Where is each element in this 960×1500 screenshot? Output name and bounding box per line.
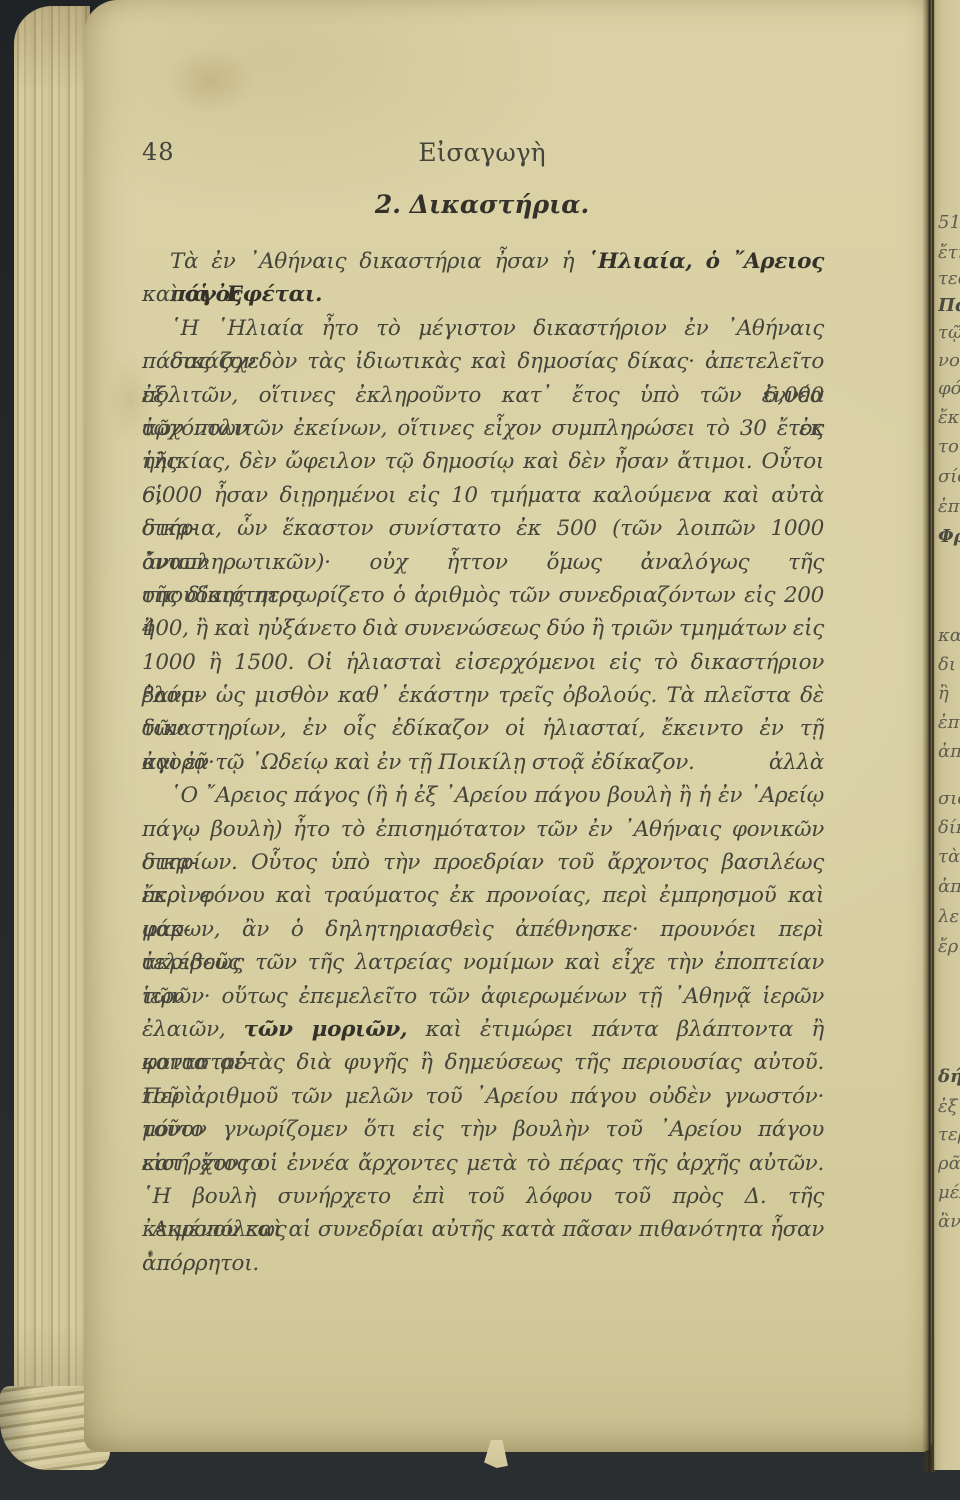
body-line: ῾Ο ῎Αρειος πάγος (ἢ ἡ ἐξ ᾿Αρείου πάγου β… [142, 779, 824, 812]
next-page-text-fragment: ἀπ [938, 741, 960, 763]
body-line: τῶν πολιτῶν ἐκείνων, οἵτινες εἶχον συμπλ… [142, 412, 824, 445]
book-page-edges-left [14, 6, 90, 1468]
bold-term: ῾Ηλιαία, [587, 249, 692, 274]
body-line: μόνον γνωρίζομεν ὅτι εἰς τὴν βουλὴν τοῦ … [142, 1113, 824, 1146]
text-run: 400, ἢ καὶ ηὐξάνετο διὰ συνενώσεως δύο ἢ… [142, 616, 824, 641]
next-page-text-fragment: σια [938, 788, 960, 810]
body-line: φοντα αὐτὰς διὰ φυγῆς ἢ δημεύσεως τῆς πε… [142, 1046, 824, 1079]
text-run: Τὰ ἐν ᾿Αθήναις δικαστήρια ἦσαν ἡ [170, 249, 587, 274]
body-line: πάσας σχεδὸν τὰς ἰδιωτικὰς καὶ δημοσίας … [142, 345, 824, 378]
next-page-text-fragment: ἐξ [938, 1096, 960, 1118]
next-page-text-fragment: τῷ [938, 322, 960, 344]
body-line: δικαστηρίων, ἐν οἷς ἐδίκαζον οἱ ἡλιασταί… [142, 712, 824, 745]
body-line: κειμένου καὶ αἱ συνεδρίαι αὐτῆς κατὰ πᾶσ… [142, 1213, 824, 1246]
next-page-text-fragment: ἢ [938, 683, 960, 705]
next-page-text-fragment: δίκ [938, 817, 960, 839]
body-line: στήρια, ὧν ἕκαστον συνίστατο ἐκ 500 (τῶν… [142, 512, 824, 545]
next-page-text-fragment: ρᾶ [938, 1153, 960, 1175]
body-line: καὶ οἱ ᾿Εφέται. [142, 278, 824, 311]
body-line: τοῦ ἀριθμοῦ τῶν μελῶν τοῦ ᾿Αρείου πάγου … [142, 1080, 824, 1113]
body-line: τελέσεως τῶν τῆς λατρείας νομίμων καὶ εἶ… [142, 946, 824, 979]
next-page-text-fragment: ἔκε [938, 407, 960, 429]
body-line: πάγῳ βουλὴ) ἦτο τὸ ἐπισημότατον τῶν ἐν ᾿… [142, 813, 824, 846]
next-page-text-fragment: κα [938, 625, 960, 647]
body-line: ἐλαιῶν, τῶν μοριῶν, καὶ ἐτιμώρει πάντα β… [142, 1013, 824, 1046]
next-page-text-fragment: τερ [938, 1124, 960, 1146]
text-run: ῾Ο ῎Αρειος πάγος (ἢ ἡ ἐξ ᾿Αρείου πάγου β… [170, 783, 824, 808]
next-page-text-fragment: μέλ [938, 1182, 960, 1204]
next-page-text-fragment: δήμ [938, 1066, 960, 1088]
next-page-text-fragment: τοῦ [938, 436, 960, 458]
scanned-book-photo: { "page": { "number": "48", "running_hea… [0, 0, 960, 1500]
next-page-text-fragment: φό [938, 378, 960, 400]
next-page-text-fragment: Φρ [938, 526, 960, 548]
body-line: ἱερῶν· οὕτως ἐπεμελεῖτο τῶν ἀφιερωμένων … [142, 980, 824, 1013]
next-page-text-fragment: Πα [938, 295, 960, 317]
next-page-text-fragment: τεσ [938, 268, 960, 290]
body-line: κατ᾽ ἔτος οἱ ἐννέα ἄρχοντες μετὰ τὸ πέρα… [142, 1147, 824, 1180]
body-line: τῆς δίκης περιωρίζετο ὁ ἀριθμὸς τῶν συνε… [142, 579, 824, 612]
next-page-edge: 51ἔτητεσΠατῷνουφόἔκετοῦσίωἐπΦρκαδιἢἐπἀπσ… [934, 0, 960, 1470]
body-line: ἀπόρρητοι. [142, 1247, 824, 1280]
body-line: ῾Η βουλὴ συνήρχετο ἐπὶ τοῦ λόφου τοῦ πρὸ… [142, 1180, 824, 1213]
text-run: ἱερῶν· οὕτως ἐπεμελεῖτο τῶν ἀφιερωμένων … [142, 984, 824, 1009]
page-header: 48 Εἰσαγωγὴ [142, 138, 822, 170]
body-line: βανον ὡς μισθὸν καθ᾽ ἑκάστην τρεῖς ὀβολο… [142, 679, 824, 712]
text-run: καὶ ἐν τῷ ᾿Ωδείῳ καὶ ἐν τῇ Ποικίλῃ στοᾷ … [142, 750, 695, 775]
text-run: ἐλαιῶν, [142, 1017, 244, 1042]
body-line: ἀναπληρωτικῶν)· οὐχ ἧττον ὅμως ἀναλόγως … [142, 546, 824, 579]
body-line: Τὰ ἐν ᾿Αθήναις δικαστήρια ἦσαν ἡ ῾Ηλιαία… [142, 245, 824, 278]
next-page-text-fragment: τὰς [938, 846, 960, 868]
next-page-text-fragment: ἐπ [938, 712, 960, 734]
text-run: ἀπόρρητοι. [142, 1251, 259, 1276]
next-page-text-fragment: σίω [938, 466, 960, 488]
body-line: πολιτῶν, οἵτινες ἐκληροῦντο κατ᾽ ἔτος ὑπ… [142, 379, 824, 412]
body-line: μάκων, ἂν ὁ δηλητηριασθεὶς ἀπέθνησκε· πρ… [142, 913, 824, 946]
running-header: Εἰσαγωγὴ [142, 138, 822, 167]
text-run: κειμένου καὶ αἱ συνεδρίαι αὐτῆς κατὰ πᾶσ… [142, 1217, 824, 1242]
bold-term: οἱ ᾿Εφέται. [185, 282, 323, 307]
next-page-text-fragment: ἔτη [938, 242, 960, 264]
next-page-text-fragment: ἀπ [938, 876, 960, 898]
next-page-text-fragment: ἂν [938, 1211, 960, 1233]
body-text: Τὰ ἐν ᾿Αθήναις δικαστήρια ἦσαν ἡ ῾Ηλιαία… [142, 245, 824, 1280]
body-line: 400, ἢ καὶ ηὐξάνετο διὰ συνενώσεως δύο ἢ… [142, 612, 824, 645]
next-page-text-fragment: λεγ [938, 906, 960, 928]
text-run [693, 249, 706, 274]
next-page-text-fragment: νου [938, 350, 960, 372]
body-line: στηρίων. Οὗτος ὑπὸ τὴν προεδρίαν τοῦ ἄρχ… [142, 846, 824, 879]
body-line: 1000 ἢ 1500. Οἱ ἡλιασταὶ εἰσερχόμενοι εἰ… [142, 646, 824, 679]
next-page-text-fragment: ἔργ [938, 936, 960, 958]
section-title: 2. Δικαστήρια. [142, 190, 822, 219]
body-line: ἡλικίας, δὲν ὤφειλον τῷ δημοσίῳ καὶ δὲν … [142, 445, 824, 478]
next-page-text-fragment: 51 [938, 212, 960, 234]
page-gutter-shadow [922, 0, 936, 1472]
body-line: ῾Η ῾Ηλιαία ἦτο τὸ μέγιστον δικαστήριον ἐ… [142, 312, 824, 345]
body-line: 6,000 ἦσαν διῃρημένοι εἰς 10 τμήματα καλ… [142, 479, 824, 512]
bold-term: τῶν μοριῶν, [244, 1017, 407, 1042]
next-page-text-fragment: δι [938, 654, 960, 676]
text-run: κατ᾽ ἔτος οἱ ἐννέα ἄρχοντες μετὰ τὸ πέρα… [142, 1151, 824, 1176]
text-run: καὶ [142, 282, 185, 307]
next-page-text-fragment: ἐπ [938, 496, 960, 518]
paper-stain [150, 36, 270, 126]
body-line: περὶ φόνου καὶ τραύματος ἐκ προνοίας, πε… [142, 879, 824, 912]
